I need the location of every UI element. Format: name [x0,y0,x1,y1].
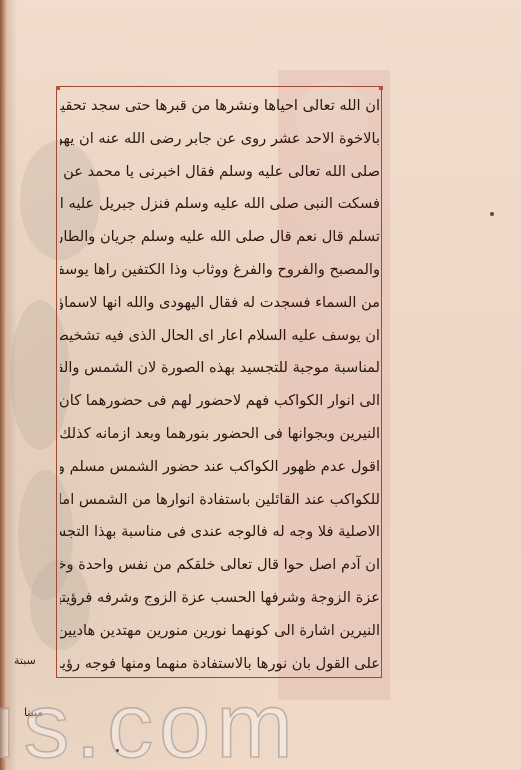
text-line: والمصبح والفروح والفرغ ووثاب وذا الكتفين… [60,254,380,287]
text-block: ان الله تعالى احياها ونشرها من قبرها حتى… [60,90,380,680]
text-line: تسلم قال نعم قال صلى الله عليه وسلم جريا… [60,221,380,254]
text-line: الى انوار الكواكب فهم لاحضور لهم فى حضور… [60,385,380,418]
paper-speck [116,749,119,752]
margin-catchword: سبتة [14,654,36,667]
binding-spine [0,0,7,770]
text-line: اقول عدم ظهور الكواكب عند حضور الشمس مسل… [60,451,380,484]
text-line: فسكت النبى صلى الله عليه وسلم فنزل جبريل… [60,188,380,221]
text-line: لمناسبة موجبة للتجسيد بهذه الصورة لان ال… [60,352,380,385]
text-line: الاصلية فلا وجه له فالوجه عندى فى مناسبة… [60,516,380,549]
watermark-text: ıs.com [0,680,299,770]
text-line: بالاخوة الاحد عشر روى عن جابر رضى الله ع… [60,123,380,156]
text-line: عزة الزوجة وشرفها الحسب عزة الزوج وشرفه … [60,582,380,615]
text-line: النيرين وبجوانها فى الحضور بنورهما وبعد … [60,418,380,451]
paper-speck [490,212,494,216]
text-line: ان الله تعالى احياها ونشرها من قبرها حتى… [60,90,380,123]
text-line: صلى الله تعالى عليه وسلم فقال اخبرنى يا … [60,156,380,189]
text-line: من السماء فسجدت له فقال اليهودى والله ان… [60,287,380,320]
text-line: ان آدم اصل حوا قال تعالى خلقكم من نفس وا… [60,549,380,582]
manuscript-page: ان الله تعالى احياها ونشرها من قبرها حتى… [0,0,521,770]
text-line: النيرين اشارة الى كونهما نورين منورين مه… [60,615,380,648]
text-line: للكواكب عند القائلين باستفادة انوارها من… [60,484,380,517]
text-line: ان يوسف عليه السلام اعار اى الحال الذى ف… [60,320,380,353]
